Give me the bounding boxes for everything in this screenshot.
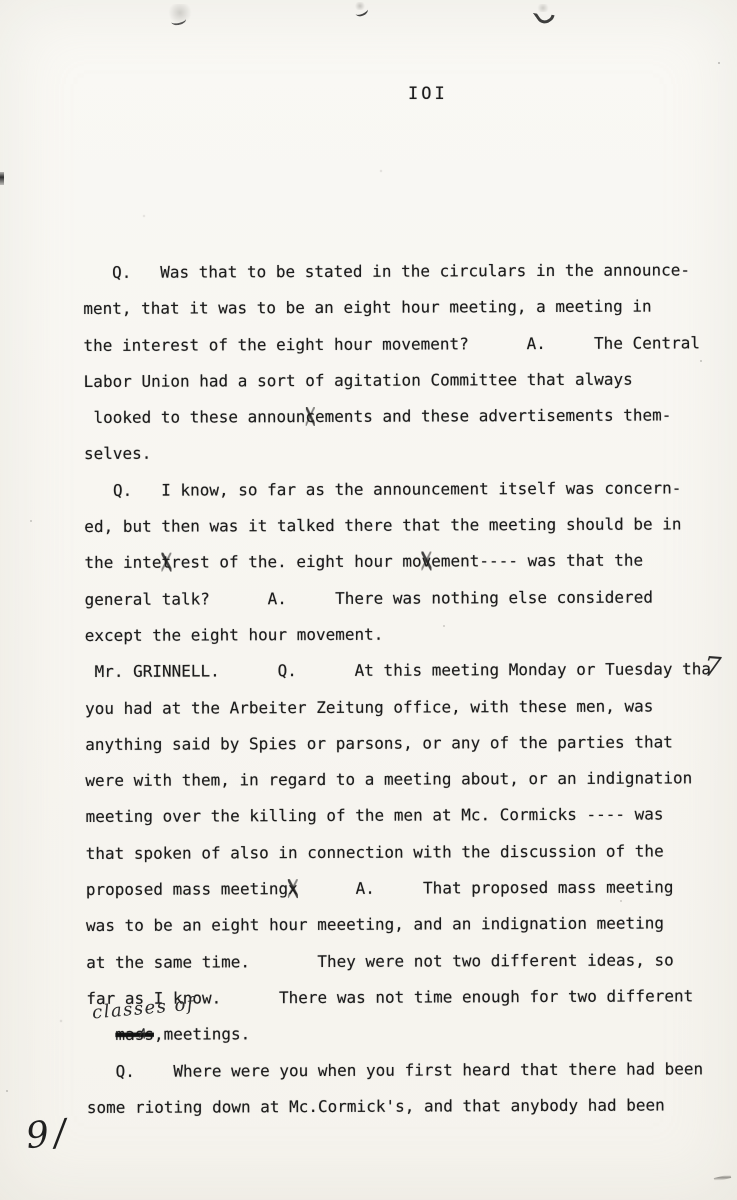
typed-segment: proposed mass meeting: [86, 879, 288, 899]
typed-segment: Q. Where were you when you first heard t…: [87, 1059, 704, 1081]
typed-segment: some rioting down at Mc.Cormick's, and t…: [87, 1095, 665, 1117]
typed-segment-xover: c: [305, 407, 315, 426]
typed-segment: A. That proposed mass meeting: [298, 877, 674, 898]
typed-segment: the inte: [84, 553, 161, 572]
typed-line: ed, but then was it talked there that th…: [84, 506, 710, 545]
typed-segment: the interest of the eight hour movement?…: [83, 333, 700, 355]
typed-line: the intetrest of the. eight hour movemen…: [84, 543, 710, 582]
typed-segment: Q. I know, so far as the announcement it…: [84, 478, 681, 500]
typed-line: proposed mass meetingx A. That proposed …: [86, 869, 712, 908]
ink-smudge-icon: [352, 2, 372, 18]
typed-segment: that spoken of also in connection with t…: [86, 841, 664, 863]
typed-line: was to be an eight hour meeeting, and an…: [86, 906, 712, 945]
ink-smudge-icon: [534, 4, 554, 24]
typed-line: looked to these announcements and these …: [84, 397, 710, 436]
page-number: IOI: [408, 84, 448, 104]
ink-smudge-icon: [714, 1172, 734, 1184]
typed-line: Q. I know, so far as the announcement it…: [84, 470, 710, 509]
typed-segment: Q. Was that to be stated in the circular…: [83, 260, 690, 282]
typed-segment: [86, 1025, 115, 1044]
typed-segment: selves.: [84, 444, 152, 463]
typed-segment: general talk? A. There was nothing else …: [85, 587, 653, 608]
typed-segment: looked to these announ: [84, 407, 306, 427]
typed-line: Q. Where were you when you first heard t…: [87, 1051, 713, 1090]
typed-line: except the eight hour movement.: [85, 615, 711, 654]
typed-segment: ,meetings.: [154, 1025, 250, 1044]
typed-segment: ment, that it was to be an eight hour me…: [83, 297, 651, 318]
typed-line: general talk? A. There was nothing else …: [85, 579, 711, 618]
typed-segment: you had at the Arbeiter Zeitung office, …: [85, 696, 653, 717]
typed-line: that spoken of also in connection with t…: [86, 833, 712, 872]
typed-segment-xover: v: [422, 552, 432, 571]
typed-line: Q. Was that to be stated in the circular…: [83, 252, 709, 291]
typed-line: Mr. GRINNELL. Q. At this meeting Monday …: [85, 652, 711, 691]
margin-page-number: 9/: [24, 1112, 73, 1157]
typed-line: Labor Union had a sort of agitation Comm…: [84, 361, 710, 400]
typed-line: at the same time. They were not two diff…: [86, 942, 712, 981]
typed-segment: ed, but then was it talked there that th…: [84, 514, 681, 536]
typed-segment: anything said by Spies or parsons, or an…: [85, 732, 673, 754]
typed-line: you had at the Arbeiter Zeitung office, …: [85, 688, 711, 727]
typed-line: anything said by Spies or parsons, or an…: [85, 724, 711, 763]
typed-segment: except the eight hour movement.: [85, 625, 384, 645]
typed-segment: were with them, in regard to a meeting a…: [85, 769, 692, 791]
scanned-page: IOI Q. Was that to be stated in the circ…: [0, 0, 737, 1200]
typed-segment: rest of the. eight hour mo: [171, 552, 422, 572]
edge-ink-mark: [0, 172, 4, 185]
typed-segment-xover: t: [161, 553, 171, 572]
typed-line: some rioting down at Mc.Cormick's, and t…: [87, 1087, 713, 1126]
typed-line: mass,meetings.: [86, 1014, 712, 1053]
typed-line: ment, that it was to be an eight hour me…: [83, 289, 709, 328]
typed-line: the interest of the eight hour movement?…: [83, 325, 709, 364]
typed-segment: at the same time. They were not two diff…: [86, 950, 674, 972]
typed-segment: ements and these advertisements them-: [315, 406, 672, 427]
ink-smudge-icon: [168, 4, 192, 26]
typed-segment: ement---- was that the: [431, 551, 643, 571]
typed-segment: Labor Union had a sort of agitation Comm…: [84, 369, 633, 390]
typed-segment: was to be an eight hour meeeting, and an…: [86, 914, 664, 936]
handwritten-stray-mark: 7: [703, 651, 722, 683]
typed-line: selves.: [84, 434, 710, 473]
typed-line: were with them, in regard to a meeting a…: [85, 760, 711, 799]
typed-segment-xover: x: [288, 879, 298, 898]
typed-segment: meeting over the killing of the men at M…: [86, 805, 664, 827]
typed-line: meeting over the killing of the men at M…: [85, 797, 711, 836]
typed-segment: Mr. GRINNELL. Q. At this meeting Monday …: [85, 660, 711, 682]
